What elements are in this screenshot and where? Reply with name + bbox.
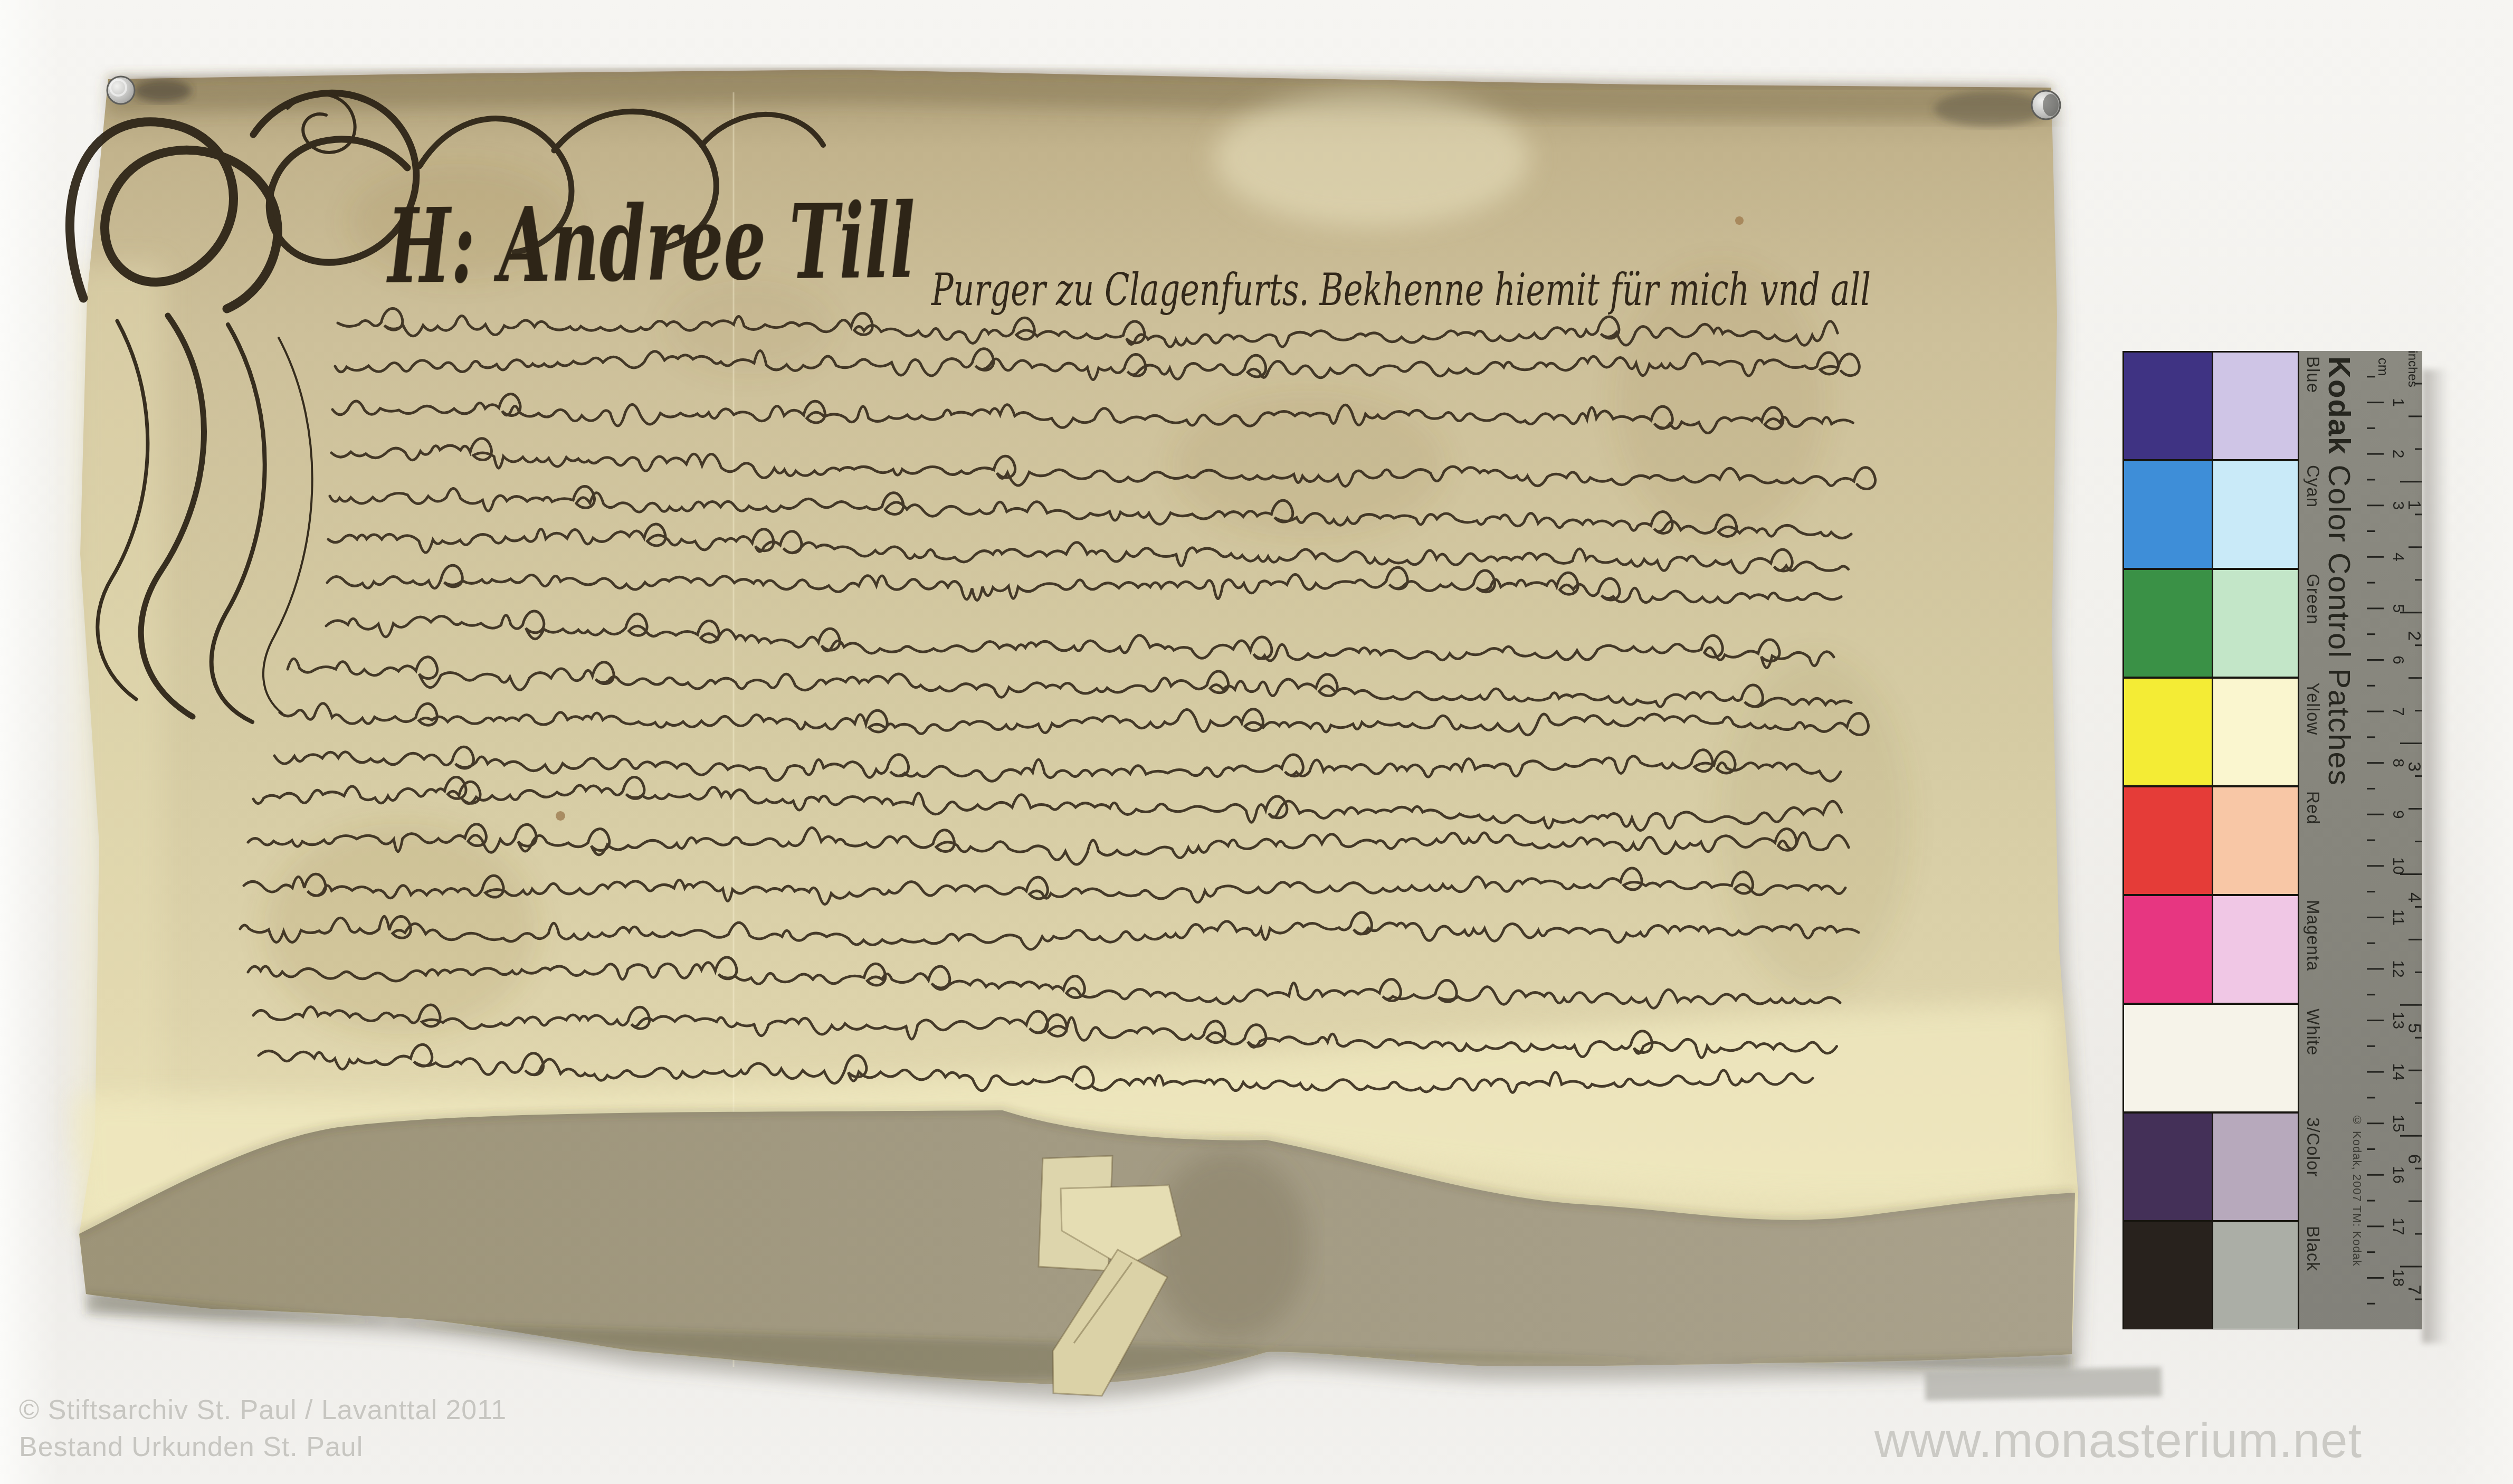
ruler-number: 17 — [2390, 1217, 2407, 1235]
ruler-number: 10 — [2390, 857, 2407, 874]
patch-blue-solid — [2124, 353, 2212, 459]
pin-shadow — [134, 79, 192, 102]
ruler-number: 5 — [2390, 604, 2407, 613]
color-target-bottom-shadow — [1925, 1367, 2162, 1401]
ruler-number: 4 — [2390, 553, 2407, 562]
ruler-number: cm — [2375, 358, 2391, 376]
patch-red-pastel — [2213, 787, 2298, 894]
ruler: 123456789101112131415161718cm1234567inch… — [2299, 351, 2422, 1329]
scan-background: { "photo": { "attribution_line1": "© Sti… — [0, 0, 2513, 1484]
ruler-number: 15 — [2390, 1115, 2407, 1132]
patch-black-solid — [2124, 1222, 2212, 1329]
attribution-line-2: Bestand Urkunden St. Paul — [19, 1431, 363, 1463]
patch-black-pastel — [2213, 1222, 2298, 1329]
ruler-number: inches — [2405, 351, 2420, 387]
patch-red-solid — [2124, 787, 2212, 894]
patch-white — [2124, 1005, 2298, 1111]
ink-spot — [1735, 216, 1744, 225]
ink-spot — [556, 811, 565, 821]
ruler-number: 1 — [2404, 500, 2422, 510]
ruler-number: 11 — [2390, 909, 2407, 926]
patch-yellow-pastel — [2213, 679, 2298, 785]
ruler-number: 2 — [2404, 631, 2422, 641]
patch-cyan-pastel — [2213, 461, 2298, 568]
patch-cyan-solid — [2124, 461, 2212, 568]
watermark-text: www.monasterium.net — [1874, 1413, 2508, 1469]
ruler-number: 6 — [2390, 655, 2407, 664]
ruler-number: 9 — [2390, 810, 2407, 819]
patch-3/color-solid — [2124, 1114, 2212, 1220]
ruler-number: 16 — [2390, 1166, 2407, 1184]
color-patch-block — [2122, 351, 2299, 1329]
ruler-number: 6 — [2404, 1154, 2422, 1164]
ruler-ticks — [2367, 377, 2422, 1304]
patch-magenta-solid — [2124, 896, 2212, 1003]
patch-3/color-pastel — [2213, 1114, 2298, 1220]
ruler-number: 7 — [2390, 707, 2407, 716]
ruler-number: 4 — [2404, 892, 2422, 902]
patch-magenta-pastel — [2213, 896, 2298, 1003]
ruler-number: 12 — [2390, 960, 2407, 977]
patch-blue-pastel — [2213, 353, 2298, 459]
patch-yellow-solid — [2124, 679, 2212, 785]
ruler-number: 14 — [2390, 1063, 2407, 1080]
color-target-shadow — [2422, 369, 2449, 1343]
heading-name: H: Andree Till — [385, 180, 916, 307]
ruler-number: 5 — [2404, 1023, 2422, 1033]
ruler-number: 2 — [2390, 450, 2407, 459]
patch-green-pastel — [2213, 570, 2298, 677]
color-target-gray-bar: Kodak Color Control Patches BlueCyanGree… — [2299, 351, 2422, 1329]
ruler-number: 18 — [2390, 1269, 2407, 1287]
patch-green-solid — [2124, 570, 2212, 677]
heading-continuation: Purger zu Clagenfurts. Bekhenne hiemit f… — [931, 264, 1871, 316]
attribution-line-1: © Stiftsarchiv St. Paul / Lavanttal 2011 — [19, 1394, 507, 1426]
color-target: Kodak Color Control Patches BlueCyanGree… — [2122, 351, 2422, 1329]
ruler-number: 3 — [2404, 762, 2422, 772]
pin-shadow — [1934, 91, 2045, 127]
ruler-number: 1 — [2390, 398, 2407, 407]
ruler-number: 7 — [2404, 1285, 2422, 1295]
